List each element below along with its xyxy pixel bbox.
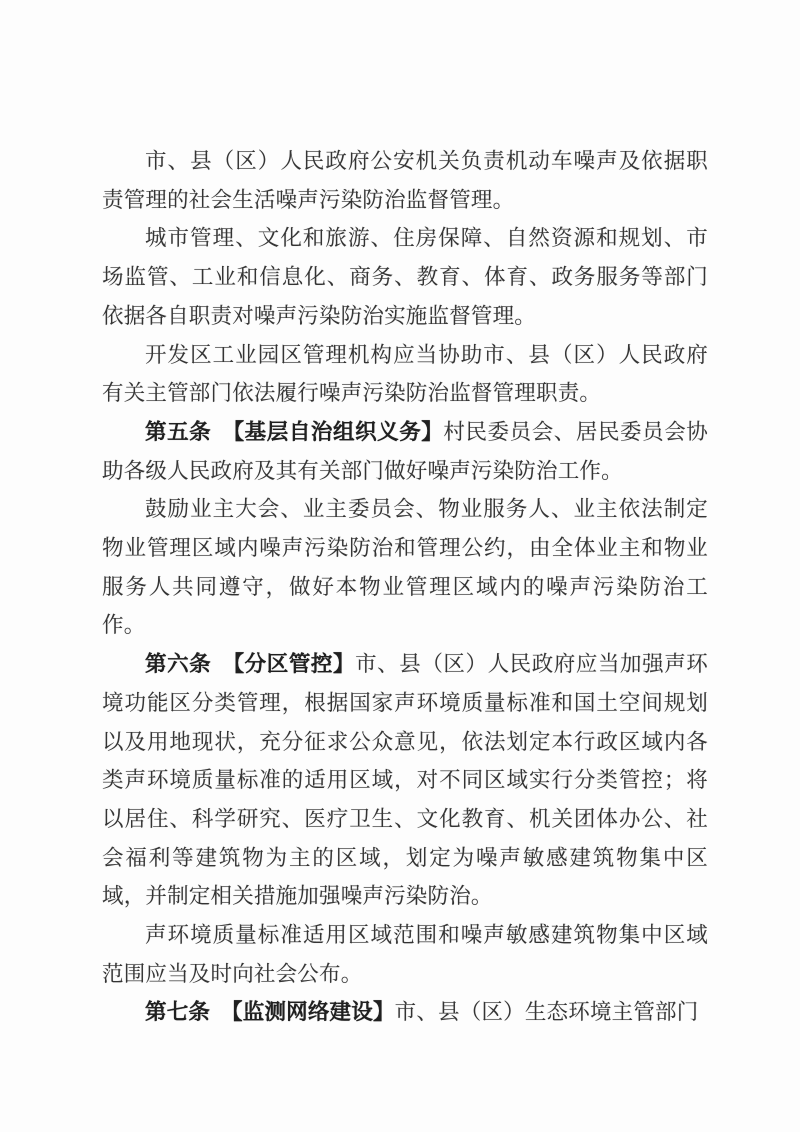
paragraph-7: 声环境质量标准适用区域范围和噪声敏感建筑物集中区域范围应当及时向社会公布。	[102, 917, 708, 994]
paragraph-text: 声环境质量标准适用区域范围和噪声敏感建筑物集中区域范围应当及时向社会公布。	[102, 923, 708, 987]
paragraph-text: 市、县（区）生态环境主管部门	[395, 1000, 699, 1025]
paragraph-text: 市、县（区）人民政府应当加强声环境功能区分类管理，根据国家声环境质量标准和国土空…	[102, 652, 708, 909]
scanned-document-page: 市、县（区）人民政府公安机关负责机动车噪声及依据职责管理的社会生活噪声污染防治监…	[0, 0, 800, 1132]
paragraph-2: 城市管理、文化和旅游、住房保障、自然资源和规划、市场监管、工业和信息化、商务、教…	[102, 220, 708, 336]
paragraph-1: 市、县（区）人民政府公安机关负责机动车噪声及依据职责管理的社会生活噪声污染防治监…	[102, 143, 708, 220]
paragraph-3: 开发区工业园区管理机构应当协助市、县（区）人民政府有关主管部门依法履行噪声污染防…	[102, 337, 708, 414]
paragraph-text: 开发区工业园区管理机构应当协助市、县（区）人民政府有关主管部门依法履行噪声污染防…	[102, 343, 708, 407]
article-5-heading: 第五条 【基层自治组织义务】	[145, 420, 443, 445]
paragraph-text: 城市管理、文化和旅游、住房保障、自然资源和规划、市场监管、工业和信息化、商务、教…	[102, 226, 708, 328]
article-7-paragraph: 第七条 【监测网络建设】市、县（区）生态环境主管部门	[102, 994, 708, 1033]
article-5-paragraph: 第五条 【基层自治组织义务】村民委员会、居民委员会协助各级人民政府及其有关部门做…	[102, 414, 708, 491]
article-6-heading: 第六条 【分区管控】	[145, 652, 355, 677]
paragraph-5: 鼓励业主大会、业主委员会、物业服务人、业主依法制定物业管理区域内噪声污染防治和管…	[102, 491, 708, 646]
paragraph-text: 鼓励业主大会、业主委员会、物业服务人、业主依法制定物业管理区域内噪声污染防治和管…	[102, 497, 708, 638]
article-6-paragraph: 第六条 【分区管控】市、县（区）人民政府应当加强声环境功能区分类管理，根据国家声…	[102, 646, 708, 917]
document-text-block: 市、县（区）人民政府公安机关负责机动车噪声及依据职责管理的社会生活噪声污染防治监…	[102, 143, 708, 1033]
article-7-heading: 第七条 【监测网络建设】	[145, 1000, 395, 1025]
paragraph-text: 市、县（区）人民政府公安机关负责机动车噪声及依据职责管理的社会生活噪声污染防治监…	[102, 149, 708, 213]
